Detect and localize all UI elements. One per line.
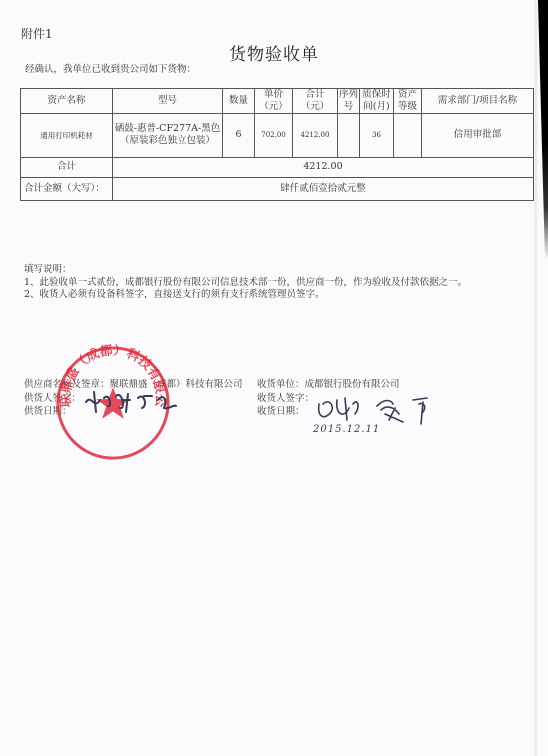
cell-asset-name: 通用打印机耗材	[21, 113, 113, 157]
col-unit-price: 单价（元）	[255, 89, 293, 114]
header-text: 等级	[394, 101, 421, 113]
model-line: 硒鼓-惠普-CF277A-黑色	[113, 123, 222, 135]
instruction-item: 1、此验收单一式贰份，成都银行股份有限公司信息技术部一份，供应商一份，作为验收及…	[24, 277, 467, 290]
header-text: 序列	[338, 89, 359, 101]
receiver-signer-label: 收货人签字：	[257, 392, 400, 406]
col-asset-name: 资产名称	[21, 89, 113, 114]
header-text: 数量	[229, 95, 248, 106]
total-label: 合计	[21, 157, 113, 177]
receiver-date-label: 收货日期：	[257, 405, 400, 419]
col-quantity: 数量	[223, 89, 255, 114]
receiver-block: 收货单位：成都银行股份有限公司 收货人签字： 收货日期：	[257, 378, 400, 419]
total-value: 4212.00	[113, 157, 534, 177]
col-model: 型号	[113, 89, 223, 114]
instruction-item: 2、收货人必须有设备科签字，直接送支行的须有支行系统管理员签字。	[24, 289, 467, 302]
header-text: 资产	[394, 89, 421, 101]
cell-department: 信用审批部	[422, 113, 534, 157]
cell-warranty: 36	[360, 113, 394, 157]
header-text: （元）	[255, 101, 292, 113]
total-words-value: 肆仟贰佰壹拾贰元整	[113, 177, 534, 200]
header-text: 质保时	[360, 89, 393, 101]
header-text: 单价	[255, 89, 292, 101]
instructions: 填写说明： 1、此验收单一式贰份，成都银行股份有限公司信息技术部一份，供应商一份…	[24, 264, 467, 302]
header-text: 需求部门/项目名称	[438, 95, 517, 106]
header-text: 间(月)	[360, 101, 393, 113]
cell-model: 硒鼓-惠普-CF277A-黑色（原装彩色独立包装）	[113, 113, 223, 157]
header-text: 资产名称	[47, 95, 85, 106]
col-total: 合计（元）	[293, 89, 338, 114]
company-seal-icon: 聚联鼎盛（成都）科技有限公司	[54, 344, 172, 462]
cell-serial	[338, 113, 360, 157]
header-text: 号	[338, 101, 359, 113]
instructions-heading: 填写说明：	[24, 264, 467, 277]
cell-total: 4212.00	[293, 113, 338, 157]
col-warranty: 质保时间(月)	[360, 89, 394, 114]
confirm-text: 经确认，我单位已收到贵公司如下货物：	[25, 61, 196, 75]
cell-quantity: 6	[223, 113, 255, 157]
cell-asset-grade	[394, 113, 422, 157]
total-words-row: 合计金额（大写）： 肆仟贰佰壹拾贰元整	[21, 177, 534, 200]
model-line: （原装彩色独立包装）	[113, 135, 222, 147]
goods-table: 资产名称 型号 数量 单价（元） 合计（元） 序列号 质保时间(月) 资产等级 …	[20, 88, 534, 201]
total-row: 合计 4212.00	[21, 157, 534, 177]
total-words-label: 合计金额（大写）：	[21, 177, 113, 200]
receiver-unit-line: 收货单位：成都银行股份有限公司	[257, 378, 400, 392]
col-serial: 序列号	[338, 89, 360, 114]
scanner-edge	[534, 0, 548, 756]
receiver-unit-value: 成都银行股份有限公司	[305, 379, 400, 390]
col-asset-grade: 资产等级	[394, 89, 422, 114]
col-department: 需求部门/项目名称	[422, 89, 534, 114]
header-text: （元）	[293, 101, 337, 113]
table-row: 通用打印机耗材 硒鼓-惠普-CF277A-黑色（原装彩色独立包装） 6 702.…	[21, 113, 534, 157]
receiver-unit-label: 收货单位：	[257, 379, 305, 390]
header-text: 型号	[158, 95, 177, 106]
cell-unit-price: 702.00	[255, 113, 293, 157]
header-text: 合计	[293, 89, 337, 101]
receiver-handwritten-date: 2015.12.11	[313, 424, 380, 435]
table-header-row: 资产名称 型号 数量 单价（元） 合计（元） 序列号 质保时间(月) 资产等级 …	[21, 89, 534, 114]
